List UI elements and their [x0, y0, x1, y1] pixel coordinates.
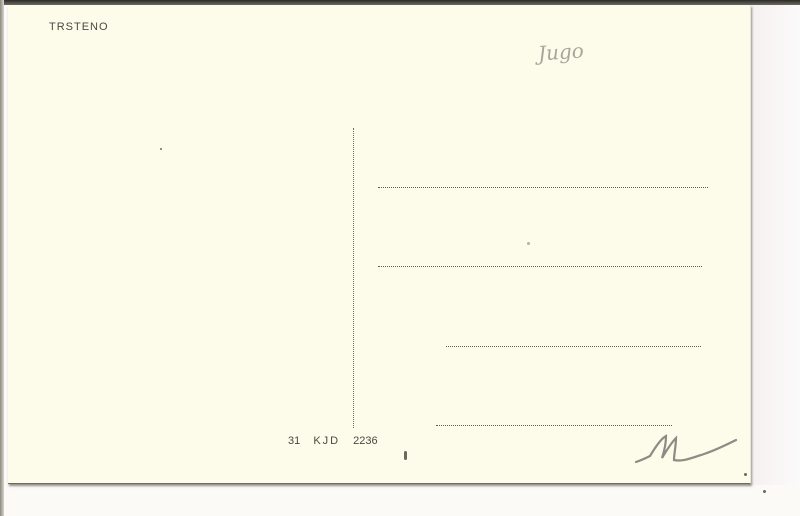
scan-edge-left	[0, 0, 4, 516]
ink-speck	[763, 490, 766, 493]
address-line-3	[446, 346, 701, 347]
ink-speck	[404, 451, 407, 460]
message-address-divider	[353, 128, 354, 428]
publisher-code: 31 KJD 2236	[288, 435, 378, 447]
address-line-2	[378, 266, 702, 267]
address-line-4	[436, 425, 672, 426]
publisher-catalog-number: 2236	[353, 435, 377, 447]
ink-speck	[744, 473, 747, 476]
postcard-back	[8, 5, 751, 484]
publisher-series: KJD	[313, 435, 340, 447]
scan-background-right	[752, 5, 800, 485]
address-line-1	[378, 187, 708, 188]
place-name-caption: TRSTENO	[49, 21, 109, 33]
ink-speck	[527, 242, 530, 245]
ink-speck	[160, 148, 162, 150]
handwritten-signature-icon	[632, 428, 742, 470]
publisher-number: 31	[288, 435, 300, 447]
handwritten-pencil-note: Jugo	[537, 38, 584, 65]
